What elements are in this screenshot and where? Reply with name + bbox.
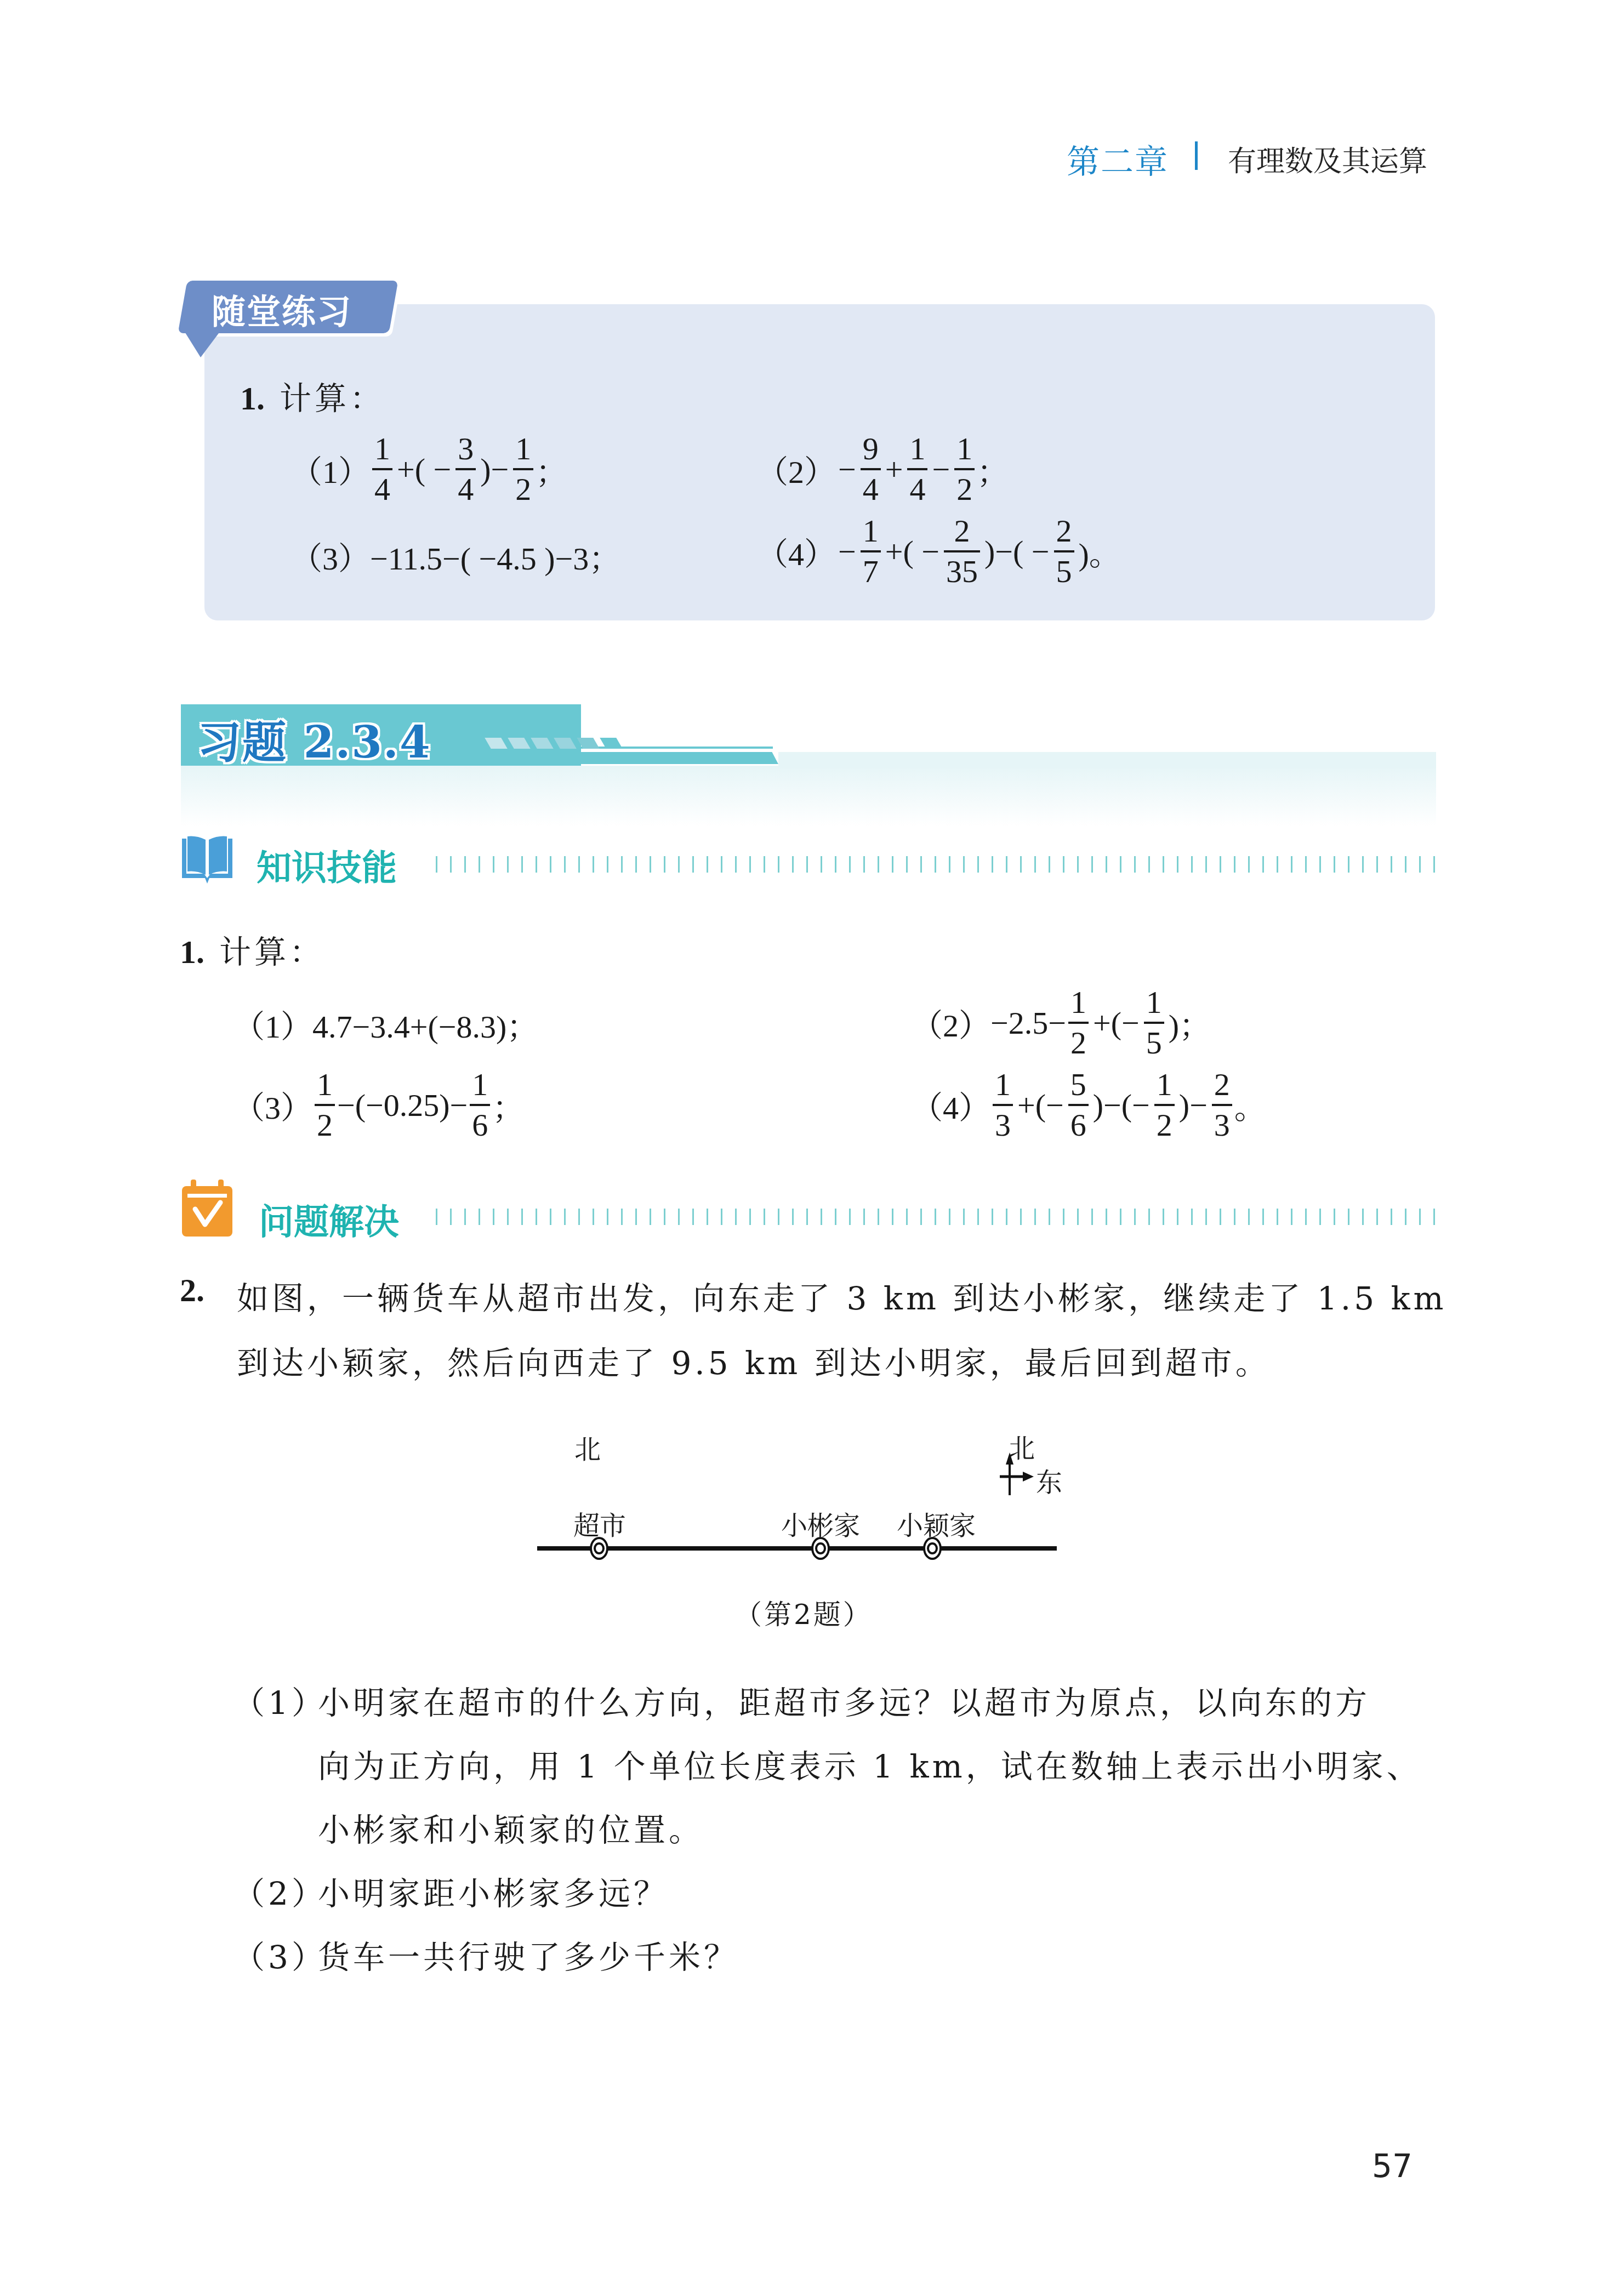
marker-xiaobin-home [811,1537,830,1560]
fraction: 12 [315,1069,335,1141]
question-number: 1. [180,934,204,970]
section-title-knowledge: 知识技能 [257,840,397,890]
figure-caption: （第2题） [734,1593,873,1632]
subquestion-2-text: 小明家距小彬家多远？ [318,1868,669,1914]
section-title-problem-solving: 问题解决 [259,1194,399,1244]
fraction: 17 [861,515,881,588]
exercise-banner-base [460,752,778,764]
subquestion-1-line-2: 向为正方向，用 1 个单位长度表示 1 km，试在数轴上表示出小明家、 [318,1741,1422,1787]
number-line [537,1546,1057,1551]
marker-supermarket [590,1537,608,1560]
compass-east-label: 东 [1036,1461,1062,1499]
subquestion-1-line-3: 小彬家和小颖家的位置。 [318,1804,704,1850]
marker-xiaoying-home [923,1537,942,1560]
page-number: 57 [1372,2147,1413,2185]
subquestion-3-text: 货车一共行驶了多少千米？ [318,1932,739,1978]
exercise-question-2: 2. [180,1272,204,1309]
question-text-line-1: 如图，一辆货车从超市出发，向东走了 3 km 到达小彬家，继续走了 1.5 km [237,1273,1447,1319]
fraction: 34 [455,433,476,505]
header-divider [1195,141,1198,170]
fraction: 56 [1068,1069,1089,1141]
subquestion-1-label: （1） [233,1677,327,1723]
fraction: 16 [470,1069,490,1141]
fraction: 94 [861,433,881,505]
question-prompt: 计算： [219,933,324,971]
practice-item-2: （2） − 94 + 14 − 12 ； [756,433,1009,505]
practice-question-1: 1. 计算： [240,373,385,419]
task-check-icon [180,1178,235,1239]
fraction: 15 [1144,987,1164,1059]
fraction: 13 [993,1069,1013,1141]
label-xiaoying-home: 小颖家 [897,1505,976,1542]
item-label: （3） [291,533,370,579]
fraction: 23 [1212,1069,1232,1141]
fraction: 14 [372,433,392,505]
section-divider [436,856,1436,873]
section-divider [436,1209,1436,1225]
exercise-question-1: 1. 计算： [180,926,324,972]
item-label: （4） [911,1082,990,1128]
item-label: （2） [911,1000,990,1046]
item-label: （2） [756,446,836,492]
practice-tab-label: 随堂练习 [212,285,352,334]
compass-north-label: 北 [1009,1427,1035,1465]
practice-item-1: （1） 14 +( − 34 )− 12 ； [291,433,567,505]
question-number: 1. [240,380,265,417]
exercise-banner-fade-right [778,752,1436,768]
item-label: （1） [233,1001,312,1047]
exercise-item-4: （4） 13 +(− 56 )−(− 12 )− 23 。 [911,1069,1266,1141]
fraction: 235 [944,515,980,588]
fraction: 12 [954,433,975,505]
exercise-item-2: （2） −2.5− 12 +(− 15 )； [911,987,1213,1059]
subquestion-1-line-1: 小明家在超市的什么方向，距超市多远？以超市为原点，以向东的方 [318,1677,1370,1723]
fraction: 14 [907,433,927,505]
subquestion-2-label: （2） [233,1868,327,1914]
chapter-title: 有理数及其运算 [1228,138,1427,179]
fraction: 12 [513,433,533,505]
item-label: （3） [233,1082,312,1128]
exercise-title: 习题 2.3.4 [197,707,431,770]
chapter-label: 第二章 [1067,136,1169,183]
practice-tab-tail [184,331,220,357]
book-icon [180,834,235,885]
exercise-banner-fade [181,766,1436,826]
fraction: 12 [1068,987,1089,1059]
question-text-line-2: 到达小颖家，然后向西走了 9.5 km 到达小明家，最后回到超市。 [237,1337,1271,1383]
exercise-banner-stripes [488,738,619,749]
fraction: 25 [1054,515,1074,588]
question-prompt: 计算： [280,380,385,417]
compass-north-label: 北 [574,1428,601,1466]
exercise-item-3: （3） 12 −(−0.25)− 16 ； [233,1069,524,1141]
item-label: （1） [291,446,370,492]
question-number: 2. [180,1272,204,1308]
practice-item-4: （4） − 17 +( − 235 )−( − 25 )。 [756,515,1123,588]
practice-item-3: （3） −11.5−( −4.5 )−3； [291,533,620,579]
item-label: （4） [756,528,836,574]
fraction: 12 [1154,1069,1175,1141]
subquestion-3-label: （3） [233,1932,327,1978]
exercise-item-1: （1） 4.7−3.4+(−8.3)； [233,1001,538,1047]
